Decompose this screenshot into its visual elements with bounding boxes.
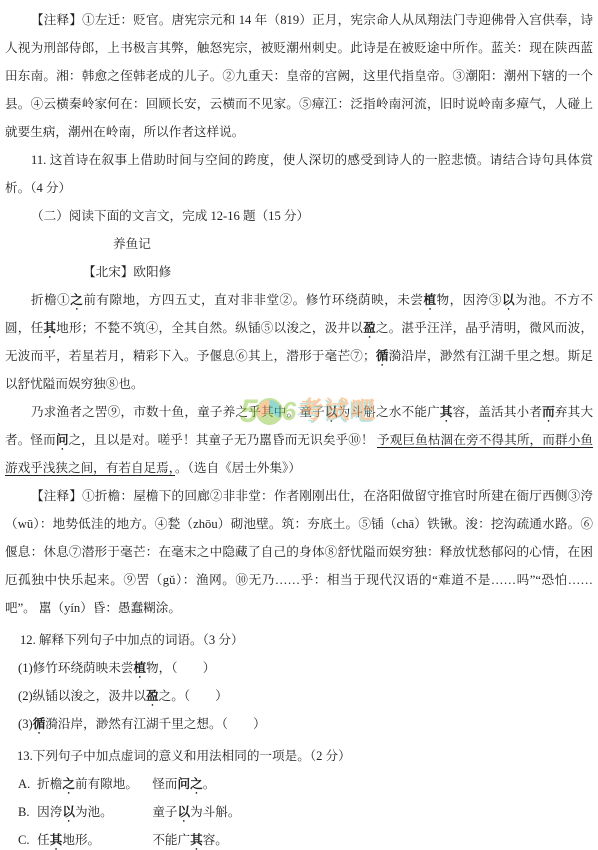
bold-char: 问 [178,777,191,791]
section-2-intro: （二）阅读下面的文言文，完成 12-16 题（15 分） [5,202,593,230]
option-phrase-left: 因洿以为池。 [37,798,149,826]
emphasized-char: 而 [542,405,555,419]
emphasized-char: 循 [376,349,389,363]
text-segment: 【注释】①左迁：贬官。唐宪宗元和 14 年（819）正月，宪宗命人从凤翔法门寺迎… [5,13,593,139]
option-label: A. [18,770,34,798]
question-12-item-1: (1)修竹环绕荫映未尝植物，（ ） [5,654,593,682]
emphasized-char: 以 [178,805,191,819]
emphasized-char: 之 [70,293,83,307]
emphasized-char: 其 [43,321,56,335]
document-page: 【注释】①左迁：贬官。唐宪宗元和 14 年（819）正月，宪宗命人从凤翔法门寺迎… [0,0,598,850]
text-segment: 。 [203,777,216,791]
essay-author: 【北宋】欧阳修 [5,258,593,286]
emphasized-char: 其 [190,833,203,847]
emphasized-char: 循 [33,717,46,731]
text-segment: (1)修竹环绕荫映未尝 [18,661,133,675]
text-segment: 。（选自《居士外集》） [175,461,301,475]
question-12-item-3: (3)循漪沿岸，渺然有江湖千里之想。（ ） [5,710,593,738]
text-segment: 容，盖活其小者 [453,405,542,419]
question-13-option-a: A. 折檐之前有隙地。 怪而问之。 [5,770,593,798]
text-segment: 折檐 [37,777,62,791]
text-segment: 乃求渔者之罟⑨，市数十鱼，童子养之乎其中。童子 [31,405,325,419]
essay-paragraph-2: 乃求渔者之罟⑨，市数十鱼，童子养之乎其中。童子以为斗斛之水不能广其容，盖活其小者… [5,398,593,482]
emphasized-char: 其 [440,405,453,419]
essay-notes-paragraph: 【注释】①折檐：屋檐下的回廊②非非堂：作者刚刚出仕，在洛阳做留守推官时所建在衙厅… [5,482,593,622]
text-segment: 为斗斛。 [190,805,240,819]
option-phrase-left: 任其地形。 [37,826,149,850]
text-segment: 之，且以是对。嗟乎！其童子无乃嚚昏而无识矣乎⑩！ [69,433,377,447]
text-segment: 因洿 [37,805,62,819]
emphasized-char: 盈 [363,321,376,335]
text-segment: 【注释】①折檐：屋檐下的回廊②非非堂：作者刚刚出仕，在洛阳做留守推官时所建在衙厅… [5,489,593,615]
emphasized-char: 问 [56,433,69,447]
poem-notes-paragraph: 【注释】①左迁：贬官。唐宪宗元和 14 年（819）正月，宪宗命人从凤翔法门寺迎… [5,6,593,146]
text-segment: 怪而 [152,777,177,791]
text-segment: 之。（ ） [159,689,228,703]
text-segment: 为斗斛之水不能广 [338,405,440,419]
text-segment: 任 [37,833,50,847]
text-segment: 地形。 [62,833,100,847]
question-13-prompt: 13.下列句子中加点虚词的意义和用法相同的一项是。（2 分） [5,742,593,770]
option-phrase-right: 童子以为斗斛。 [152,805,240,819]
emphasized-char: 以 [325,405,338,419]
question-13-option-c: C. 任其地形。 不能广其容。 [5,826,593,850]
text-segment: 地形；不甃不筑④，全其自然。纵锸⑤以浚之，汲井以 [56,321,363,335]
text-segment: 容。 [203,833,228,847]
essay-title: 养鱼记 [5,230,593,258]
emphasized-char: 植 [133,661,146,675]
option-phrase-right: 怪而问之。 [152,777,215,791]
essay-paragraph-1: 折檐①之前有隙地，方四五丈，直对非非堂②。修竹环绕荫映，未尝植物，因洿③以为池。… [5,286,593,398]
question-13-option-b: B. 因洿以为池。 童子以为斗斛。 [5,798,593,826]
text-segment: 折檐① [31,293,70,307]
text-segment: 前有隙地。 [75,777,138,791]
option-label: C. [18,826,34,850]
text-segment: 物，因洿③ [437,293,502,307]
emphasized-char: 盈 [146,689,159,703]
text-segment: 不能广 [152,833,190,847]
question-11: 11. 这首诗在叙事上借助时间与空间的跨度，使人深切的感受到诗人的一腔悲愤。请结… [5,146,593,202]
question-12-prompt: 12. 解释下列句子中加点的词语。（3 分） [5,626,593,654]
option-phrase-right: 不能广其容。 [152,833,228,847]
text-segment: (2)纵锸以浚之，汲井以 [18,689,146,703]
emphasized-char: 以 [62,805,75,819]
text-segment: 漪沿岸，渺然有江湖千里之想。（ ） [45,717,265,731]
option-phrase-left: 折檐之前有隙地。 [37,770,149,798]
text-segment: 童子 [152,805,177,819]
question-12-item-2: (2)纵锸以浚之，汲井以盈之。（ ） [5,682,593,710]
text-segment: 为池。 [75,805,113,819]
text-segment: 物，（ ） [146,661,215,675]
emphasized-char: 植 [423,293,436,307]
text-segment: (3) [18,717,33,731]
option-label: B. [18,798,34,826]
emphasized-char: 其 [50,833,63,847]
emphasized-char: 之 [62,777,75,791]
emphasized-char: 以 [502,293,515,307]
emphasized-char: 之 [190,777,203,791]
text-segment: 前有隙地，方四五丈，直对非非堂②。修竹环绕荫映，未尝 [83,293,423,307]
